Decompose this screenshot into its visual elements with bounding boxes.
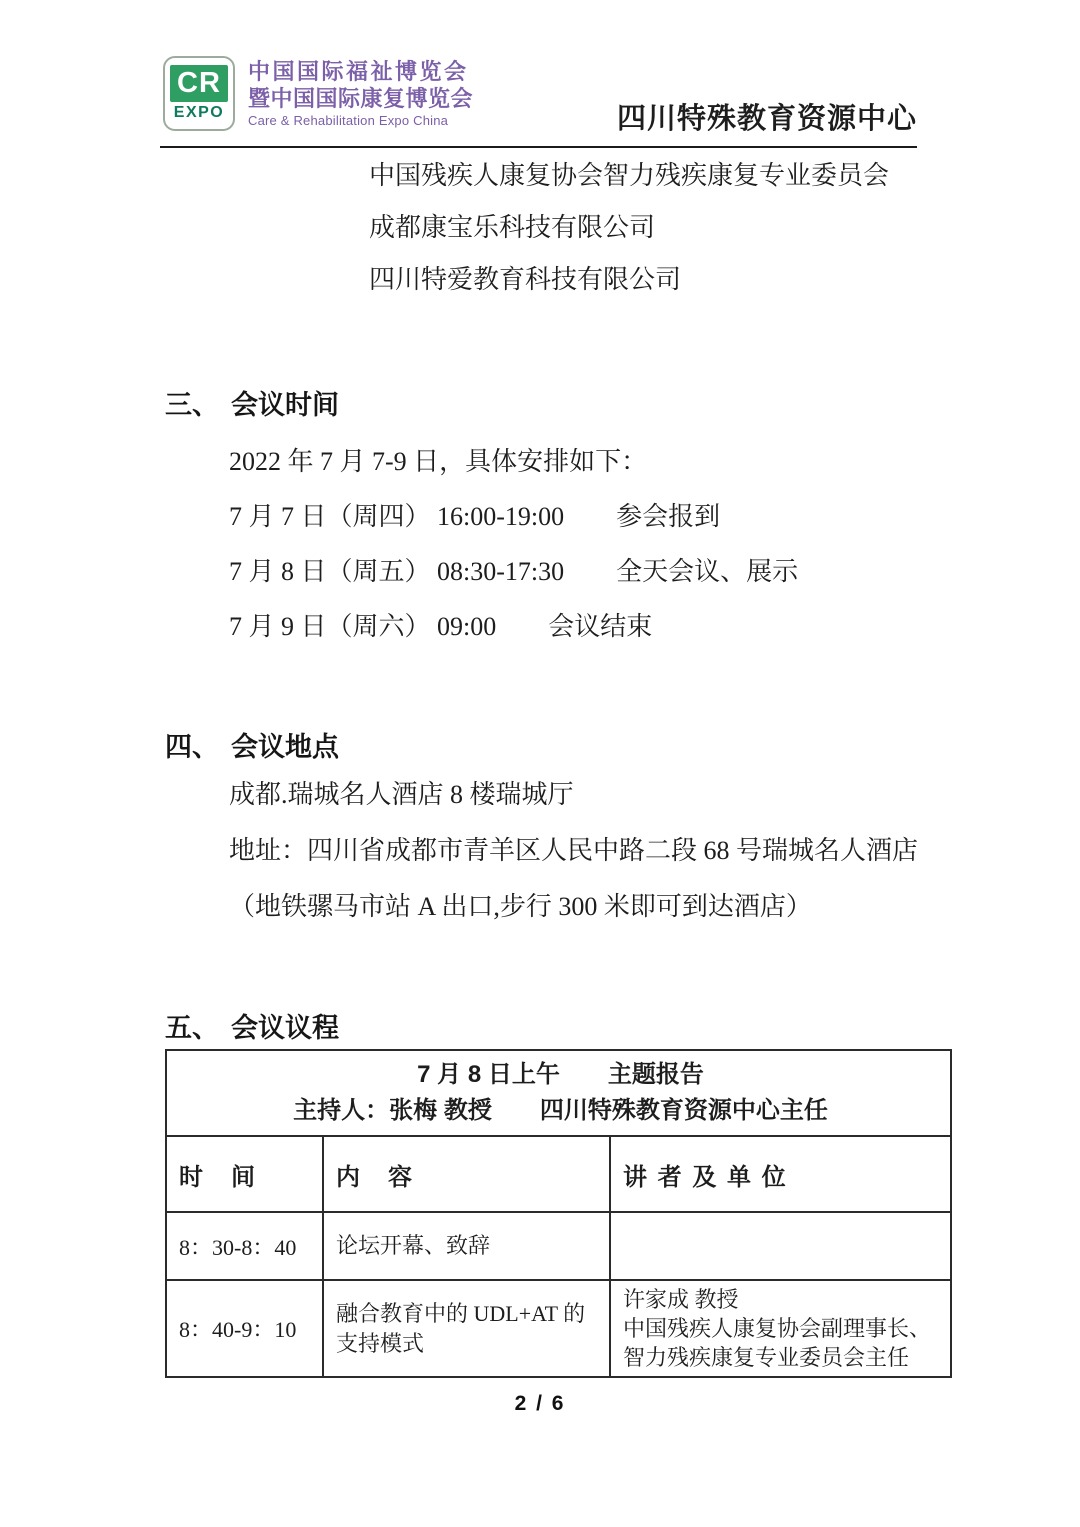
agenda-caption-row: 7 月 8 日上午 主题报告 主持人：张梅 教授 四川特殊教育资源中心主任 <box>166 1050 951 1136</box>
column-header-content: 内 容 <box>323 1136 610 1212</box>
page-number: 2 / 6 <box>0 1392 1080 1416</box>
meeting-time-body: 2022 年 7 月 7-9 日，具体安排如下： 7 月 7 日（周四） 16:… <box>229 434 798 654</box>
column-header-time: 时 间 <box>166 1136 323 1212</box>
agenda-caption-line2: 主持人：张梅 教授 四川特殊教育资源中心主任 <box>179 1093 942 1129</box>
logo-en-line: Care & Rehabilitation Expo China <box>248 112 473 129</box>
agenda-time-cell: 8：40-9：10 <box>166 1280 323 1377</box>
section-heading-meeting-time: 三、会议时间 <box>165 383 339 422</box>
agenda-row: 8：40-9：10 融合教育中的 UDL+AT 的支持模式 许家成 教授 中国残… <box>166 1280 951 1377</box>
header-divider <box>160 146 917 148</box>
meeting-time-line: 7 月 9 日（周六） 09:00 会议结束 <box>229 599 798 654</box>
agenda-caption-cell: 7 月 8 日上午 主题报告 主持人：张梅 教授 四川特殊教育资源中心主任 <box>166 1050 951 1136</box>
logo-expo-text: EXPO <box>174 103 224 122</box>
section-number: 五、 <box>165 1013 219 1043</box>
organizer-item: 中国残疾人康复协会智力残疾康复专业委员会 <box>369 150 889 202</box>
section-heading-agenda: 五、会议议程 <box>165 1006 339 1045</box>
meeting-time-line: 7 月 7 日（周四） 16:00-19:00 参会报到 <box>229 489 798 544</box>
agenda-caption-line1: 7 月 8 日上午 主题报告 <box>179 1057 942 1093</box>
org-title: 四川特殊教育资源中心 <box>617 96 917 137</box>
agenda-content-cell: 融合教育中的 UDL+AT 的支持模式 <box>323 1280 610 1377</box>
logo-cn-line1: 中国国际福祉博览会 <box>248 58 473 85</box>
section-title: 会议地点 <box>231 732 339 762</box>
meeting-time-line: 2022 年 7 月 7-9 日，具体安排如下： <box>229 434 798 489</box>
meeting-place-line: （地铁骡马市站 A 出口,步行 300 米即可到达酒店） <box>229 879 918 935</box>
meeting-place-body: 成都.瑞城名人酒店 8 楼瑞城厅 地址：四川省成都市青羊区人民中路二段 68 号… <box>229 767 918 935</box>
organizer-item: 四川特爱教育科技有限公司 <box>369 254 889 306</box>
agenda-speaker-cell <box>610 1212 951 1280</box>
cr-expo-badge-icon: CR EXPO <box>163 56 235 131</box>
meeting-time-line: 7 月 8 日（周五） 08:30-17:30 全天会议、展示 <box>229 544 798 599</box>
section-number: 四、 <box>165 732 219 762</box>
document-page: CR EXPO 中国国际福祉博览会 暨中国国际康复博览会 Care & Reha… <box>0 0 1080 1527</box>
organizer-list: 中国残疾人康复协会智力残疾康复专业委员会 成都康宝乐科技有限公司 四川特爱教育科… <box>369 150 889 306</box>
logo-wordmark: 中国国际福祉博览会 暨中国国际康复博览会 Care & Rehabilitati… <box>248 58 473 129</box>
section-number: 三、 <box>165 390 219 420</box>
section-title: 会议时间 <box>231 390 339 420</box>
agenda-table: 7 月 8 日上午 主题报告 主持人：张梅 教授 四川特殊教育资源中心主任 时 … <box>165 1049 952 1378</box>
logo-cn-line2: 暨中国国际康复博览会 <box>248 85 473 112</box>
meeting-place-line: 成都.瑞城名人酒店 8 楼瑞城厅 <box>229 767 918 823</box>
agenda-header-row: 时 间 内 容 讲 者 及 单 位 <box>166 1136 951 1212</box>
organizer-item: 成都康宝乐科技有限公司 <box>369 202 889 254</box>
section-heading-meeting-place: 四、会议地点 <box>165 725 339 764</box>
agenda-time-cell: 8：30-8：40 <box>166 1212 323 1280</box>
agenda-row: 8：30-8：40 论坛开幕、致辞 <box>166 1212 951 1280</box>
agenda-content-cell: 论坛开幕、致辞 <box>323 1212 610 1280</box>
logo-cr-text: CR <box>170 65 228 102</box>
expo-logo: CR EXPO 中国国际福祉博览会 暨中国国际康复博览会 Care & Reha… <box>163 56 473 131</box>
section-title: 会议议程 <box>231 1013 339 1043</box>
column-header-speaker: 讲 者 及 单 位 <box>610 1136 951 1212</box>
agenda-speaker-cell: 许家成 教授 中国残疾人康复协会副理事长、智力残疾康复专业委员会主任 <box>610 1280 951 1377</box>
meeting-place-line: 地址：四川省成都市青羊区人民中路二段 68 号瑞城名人酒店 <box>229 823 918 879</box>
